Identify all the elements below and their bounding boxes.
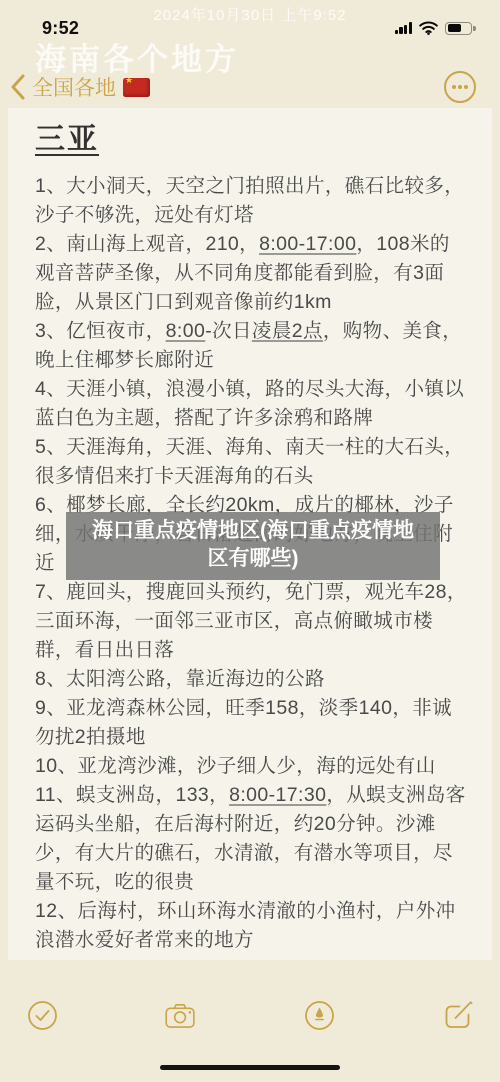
markup-button[interactable] xyxy=(303,999,336,1032)
status-icons xyxy=(395,21,472,35)
camera-icon xyxy=(164,1000,197,1031)
bottom-toolbar xyxy=(0,992,500,1038)
home-indicator[interactable] xyxy=(160,1065,340,1070)
nav-bar: 全国各地 ★ xyxy=(0,68,500,106)
china-flag-icon: ★ xyxy=(123,78,150,97)
marker-pen-circle-icon xyxy=(303,999,336,1032)
more-options-button[interactable] xyxy=(444,71,476,103)
chevron-left-icon xyxy=(10,74,25,100)
compose-icon xyxy=(441,999,474,1032)
checkmark-circle-icon xyxy=(26,999,59,1032)
battery-icon xyxy=(445,22,472,35)
cellular-signal-icon xyxy=(395,22,412,34)
compose-button[interactable] xyxy=(441,999,474,1032)
wifi-icon xyxy=(419,21,438,35)
watermark-overlay: 海口重点疫情地区(海口重点疫情地区有哪些) xyxy=(66,512,440,580)
camera-button[interactable] xyxy=(164,999,197,1032)
back-button-label: 全国各地 xyxy=(32,72,116,102)
note-list-item: 8、太阳湾公路，靠近海边的公路 xyxy=(35,665,467,694)
back-button[interactable]: 全国各地 ★ xyxy=(10,72,150,102)
note-list-item: 5、天涯海角，天涯、海角、南天一柱的大石头，很多情侣来打卡天涯海角的石头 xyxy=(35,433,467,491)
status-bar: 9:52 xyxy=(0,14,500,42)
note-list-item: 12、后海村，环山环海水清澈的小渔村，户外冲浪潜水爱好者常来的地方 xyxy=(35,897,467,955)
note-list-item: 2、南山海上观音，210，8:00-17:00，108米的观音菩萨圣像，从不同角… xyxy=(35,230,467,317)
note-list-item: 4、天涯小镇，浪漫小镇，路的尽头大海，小镇以蓝白色为主题，搭配了许多涂鸦和路牌 xyxy=(35,375,467,433)
notes-app-screen: 2024年10月30日 上午9:52 海南各个地方 9:52 全国各地 ★ 三 xyxy=(0,0,500,1082)
checklist-button[interactable] xyxy=(26,999,59,1032)
note-list-item: 3、亿恒夜市，8:00-次日凌晨2点，购物、美食，晚上住椰梦长廊附近 xyxy=(35,317,467,375)
clock: 9:52 xyxy=(42,18,79,39)
note-list-item: 1、大小洞天，天空之门拍照出片，礁石比较多，沙子不够洗，远处有灯塔 xyxy=(35,172,467,230)
note-title: 三亚 xyxy=(35,114,99,158)
note-list-item: 9、亚龙湾森林公园，旺季158，淡季140，非诚勿扰2拍摄地 xyxy=(35,694,467,752)
note-list-item: 10、亚龙湾沙滩，沙子细人少，海的远处有山 xyxy=(35,752,467,781)
note-list-item: 11、蜈支洲岛，133，8:00-17:30，从蜈支洲岛客运码头坐船，在后海村附… xyxy=(35,781,467,897)
note-list-item: 7、鹿回头，搜鹿回头预约，免门票，观光车28，三面环海，一面邻三亚市区，高点俯瞰… xyxy=(35,578,467,665)
